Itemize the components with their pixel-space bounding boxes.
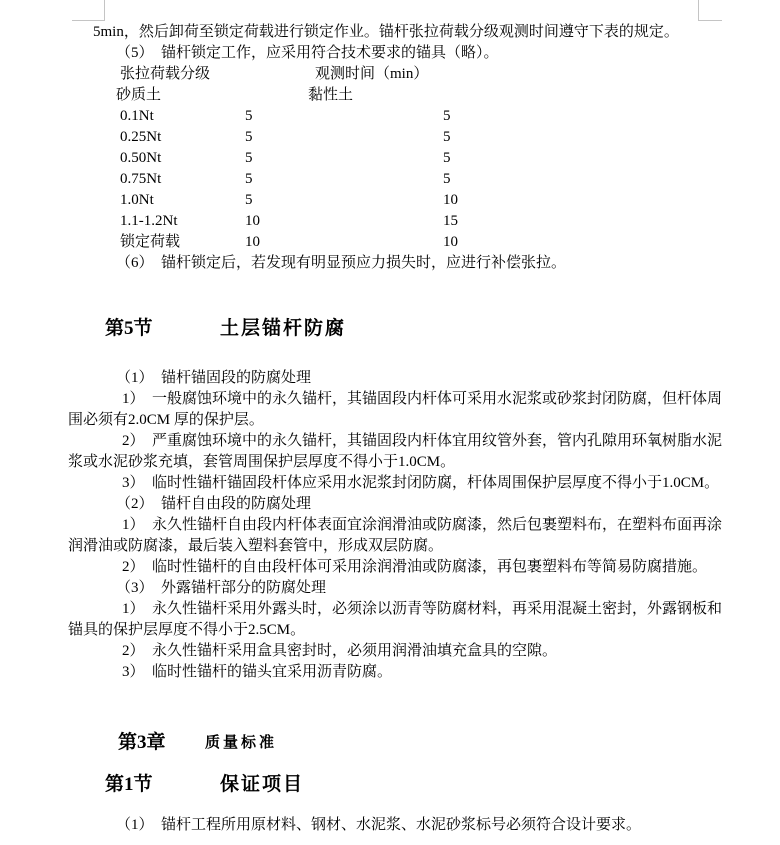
chapter-title: 质量标准 — [205, 731, 277, 752]
cell-clay: 5 — [443, 106, 451, 127]
paragraph-line: 2） 严重腐蚀环境中的永久锚杆，其锚固段内杆体宜用纹管外套，管内孔隙用环氧树脂水… — [68, 431, 716, 452]
table-row: 0.25Nt 5 5 — [68, 127, 716, 148]
section-title: 保证项目 — [220, 769, 304, 796]
table-subheader-row: 砂质土 黏性土 — [68, 85, 716, 106]
document-page: 5min，然后卸荷至锁定荷载进行锁定作业。锚杆张拉荷载分级观测时间遵守下表的规定… — [0, 0, 780, 845]
table-header-row: 张拉荷载分级 观测时间（min） — [68, 64, 716, 85]
paragraph-line: 2） 永久性锚杆采用盒具密封时，必须用润滑油填充盒具的空隙。 — [68, 641, 716, 662]
top-text-block: 5min，然后卸荷至锁定荷载进行锁定作业。锚杆张拉荷载分级观测时间遵守下表的规定… — [68, 22, 716, 274]
cell-load: 1.1-1.2Nt — [120, 211, 178, 232]
table-row: 1.1-1.2Nt 10 15 — [68, 211, 716, 232]
cell-sandy: 5 — [245, 148, 253, 169]
paragraph-line: 浆或水泥砂浆充填，套管周围保护层厚度不得小于1.0CM。 — [68, 452, 716, 473]
cell-load: 0.1Nt — [120, 106, 154, 127]
cell-sandy: 5 — [245, 190, 253, 211]
table-subheader-sandy: 砂质土 — [116, 85, 161, 106]
cell-load: 0.50Nt — [120, 148, 161, 169]
cell-load: 1.0Nt — [120, 190, 154, 211]
paragraph-line: 1） 一般腐蚀环境中的永久锚杆，其锚固段内杆体可采用水泥浆或砂浆封闭防腐，但杆体… — [68, 389, 716, 410]
paragraph-line: 3） 临时性锚杆锚固段杆体应采用水泥浆封闭防腐，杆体周围保护层厚度不得小于1.0… — [68, 473, 716, 494]
cell-load: 0.25Nt — [120, 127, 161, 148]
chapter-number: 第3章 — [118, 727, 166, 754]
paragraph-line: 2） 临时性锚杆的自由段杆体可采用涂润滑油或防腐漆，再包裹塑料布等简易防腐措施。 — [68, 557, 716, 578]
cell-sandy: 5 — [245, 127, 253, 148]
table-subheader-clay: 黏性土 — [308, 85, 353, 106]
table-row: 0.75Nt 5 5 — [68, 169, 716, 190]
paragraph-line: 锚具的保护层厚度不得小于2.5CM。 — [68, 620, 716, 641]
section1-body: （1） 锚杆工程所用原材料、钢材、水泥浆、水泥砂浆标号必须符合设计要求。 — [68, 815, 716, 836]
paragraph-line: （2） 锚杆自由段的防腐处理 — [68, 494, 716, 515]
paragraph-line: （1） 锚杆锚固段的防腐处理 — [68, 368, 716, 389]
table-header-load: 张拉荷载分级 — [120, 64, 210, 85]
paragraph-line: 1） 永久性锚杆采用外露头时，必须涂以沥青等防腐材料，再采用混凝土密封，外露钢板… — [68, 599, 716, 620]
cell-sandy: 10 — [245, 211, 260, 232]
table-row: 1.0Nt 5 10 — [68, 190, 716, 211]
section-title: 土层锚杆防腐 — [220, 313, 346, 340]
paragraph-line: （3） 外露锚杆部分的防腐处理 — [68, 578, 716, 599]
paragraph-line: 围必须有2.0CM 厚的保护层。 — [68, 410, 716, 431]
section-number: 第5节 — [105, 313, 153, 340]
paragraph-line: （1） 锚杆工程所用原材料、钢材、水泥浆、水泥砂浆标号必须符合设计要求。 — [68, 815, 716, 836]
cell-clay: 10 — [443, 190, 458, 211]
paragraph-line: （6） 锚杆锁定后，若发现有明显预应力损失时，应进行补偿张拉。 — [68, 253, 716, 274]
cell-load: 0.75Nt — [120, 169, 161, 190]
cell-load: 锁定荷载 — [120, 232, 180, 253]
cell-clay: 10 — [443, 232, 458, 253]
table-row: 0.1Nt 5 5 — [68, 106, 716, 127]
table-header-time: 观测时间（min） — [315, 64, 428, 85]
margin-crop-mark-left-icon — [72, 0, 105, 21]
section5-body: （1） 锚杆锚固段的防腐处理 1） 一般腐蚀环境中的永久锚杆，其锚固段内杆体可采… — [68, 368, 716, 683]
paragraph-line: 润滑油或防腐漆，最后装入塑料套管中，形成双层防腐。 — [68, 536, 716, 557]
paragraph-line: 3） 临时性锚杆的锚头宜采用沥青防腐。 — [68, 662, 716, 683]
table-row: 锁定荷载 10 10 — [68, 232, 716, 253]
cell-clay: 15 — [443, 211, 458, 232]
section-number: 第1节 — [105, 769, 153, 796]
paragraph-line: 5min，然后卸荷至锁定荷载进行锁定作业。锚杆张拉荷载分级观测时间遵守下表的规定… — [68, 22, 716, 43]
cell-sandy: 5 — [245, 169, 253, 190]
paragraph-line: 1） 永久性锚杆自由段内杆体表面宜涂润滑油或防腐漆，然后包裹塑料布，在塑料布面再… — [68, 515, 716, 536]
cell-clay: 5 — [443, 148, 451, 169]
cell-clay: 5 — [443, 169, 451, 190]
cell-sandy: 5 — [245, 106, 253, 127]
table-row: 0.50Nt 5 5 — [68, 148, 716, 169]
paragraph-line: （5） 锚杆锁定工作，应采用符合技术要求的锚具（略）。 — [68, 43, 716, 64]
cell-clay: 5 — [443, 127, 451, 148]
margin-crop-mark-right-icon — [698, 0, 722, 21]
cell-sandy: 10 — [245, 232, 260, 253]
